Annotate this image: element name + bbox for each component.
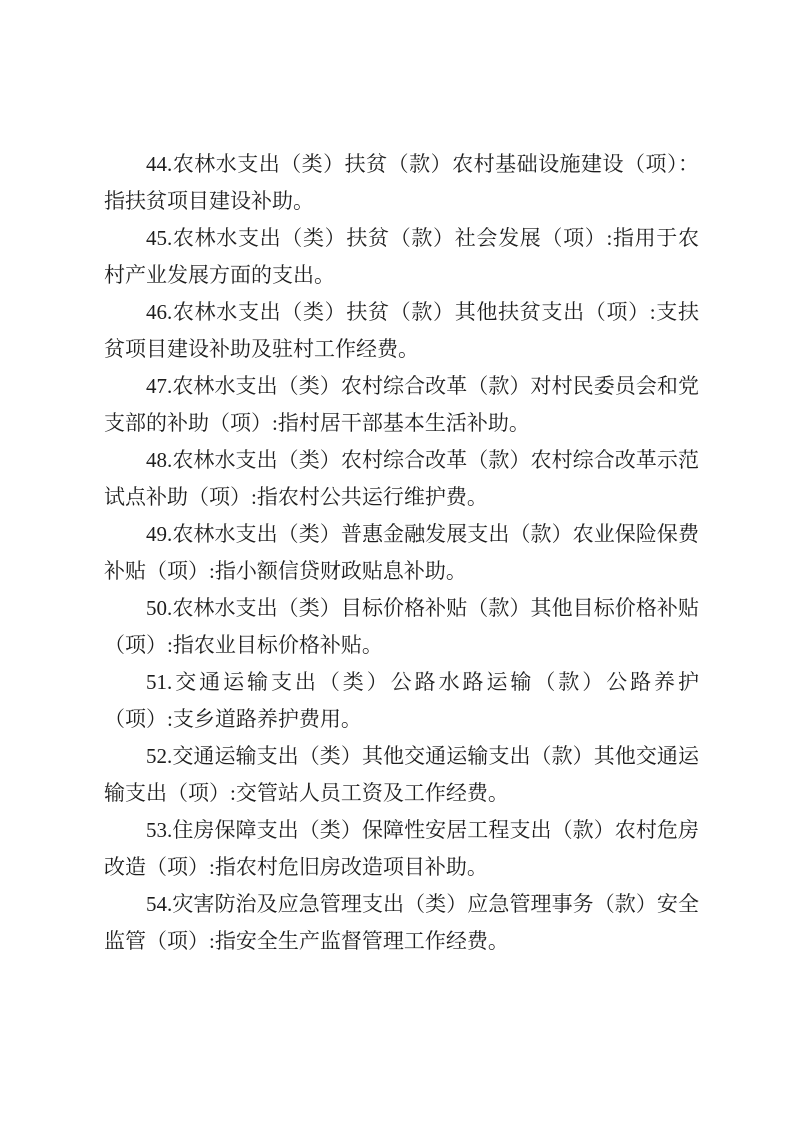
paragraph-item-51: 51.交通运输支出（类）公路水路运输（款）公路养护（项）:支乡道路养护费用。: [104, 664, 699, 738]
paragraph-item-46: 46.农林水支出（类）扶贫（款）其他扶贫支出（项）:支扶贫项目建设补助及驻村工作…: [104, 294, 699, 368]
paragraph-item-45: 45.农林水支出（类）扶贫（款）社会发展（项）:指用于农村产业发展方面的支出。: [104, 220, 699, 294]
document-body: 44.农林水支出（类）扶贫（款）农村基础设施建设（项）：指扶贫项目建设补助。 4…: [104, 146, 699, 960]
paragraph-item-54: 54.灾害防治及应急管理支出（类）应急管理事务（款）安全监管（项）:指安全生产监…: [104, 886, 699, 960]
paragraph-item-49: 49.农林水支出（类）普惠金融发展支出（款）农业保险保费补贴（项）:指小额信贷财…: [104, 516, 699, 590]
paragraph-item-52: 52.交通运输支出（类）其他交通运输支出（款）其他交通运输支出（项）:交管站人员…: [104, 738, 699, 812]
document-page: 44.农林水支出（类）扶贫（款）农村基础设施建设（项）：指扶贫项目建设补助。 4…: [0, 0, 793, 1122]
paragraph-item-53: 53.住房保障支出（类）保障性安居工程支出（款）农村危房改造（项）:指农村危旧房…: [104, 812, 699, 886]
paragraph-item-48: 48.农林水支出（类）农村综合改革（款）农村综合改革示范试点补助（项）:指农村公…: [104, 442, 699, 516]
paragraph-item-47: 47.农林水支出（类）农村综合改革（款）对村民委员会和党支部的补助（项）:指村居…: [104, 368, 699, 442]
paragraph-item-50: 50.农林水支出（类）目标价格补贴（款）其他目标价格补贴（项）:指农业目标价格补…: [104, 590, 699, 664]
paragraph-item-44: 44.农林水支出（类）扶贫（款）农村基础设施建设（项）：指扶贫项目建设补助。: [104, 146, 699, 220]
